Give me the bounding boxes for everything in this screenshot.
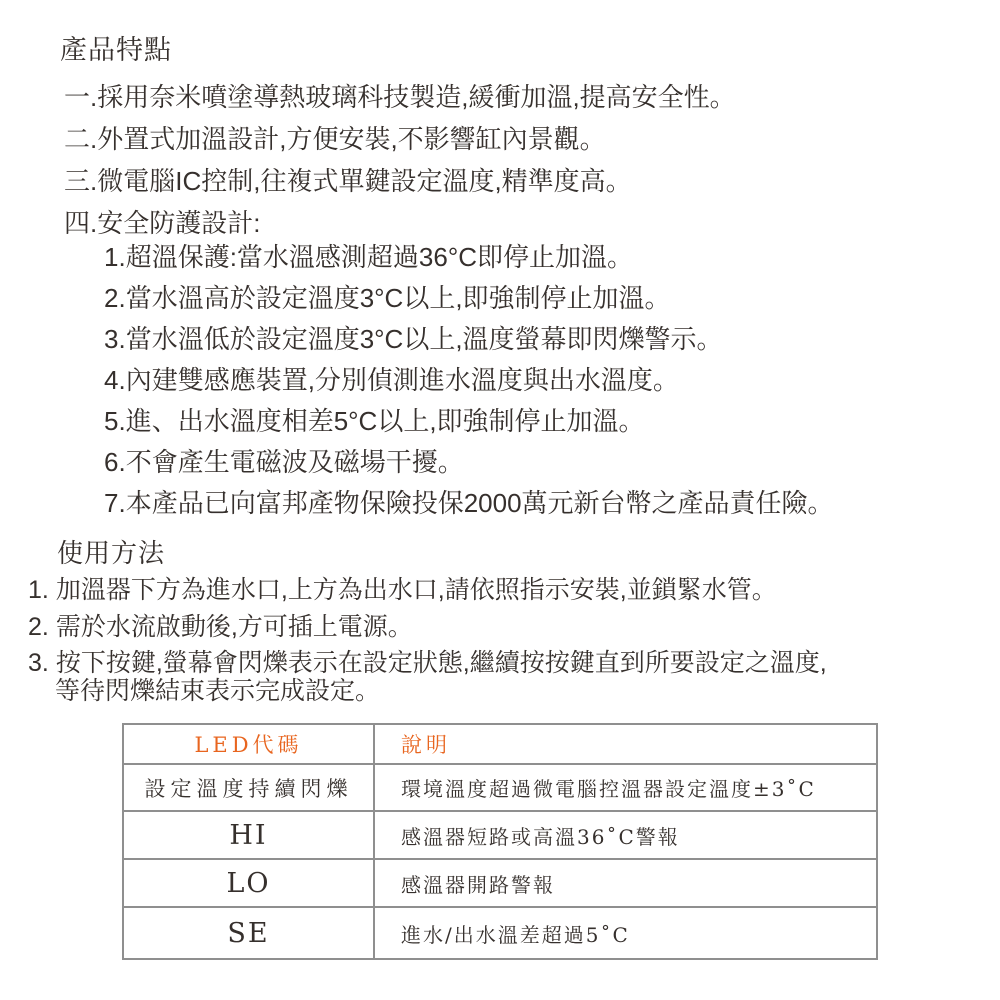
usage-section-title: 使用方法 <box>57 533 165 570</box>
safety-item-number: 6. <box>104 447 126 477</box>
table-row: SE 進水/出水溫差超過5˚C <box>123 907 877 959</box>
safety-item-text: 進、出水溫度相差5°C以上,即強制停止加溫。 <box>126 406 645 436</box>
led-code-table: LED代碼 說明 設定溫度持續閃爍 環境溫度超過微電腦控溫器設定溫度±3˚C H… <box>122 723 878 960</box>
feature-item-2: 二.外置式加溫設計,方便安裝,不影響缸內景觀。 <box>64 118 736 160</box>
led-table-header-desc: 說明 <box>374 724 877 764</box>
safety-item-number: 1. <box>104 242 126 272</box>
safety-item-number: 5. <box>104 406 126 436</box>
safety-item-text: 內建雙感應裝置,分別偵測進水溫度與出水溫度。 <box>126 365 679 395</box>
feature-item-number: 二. <box>64 124 97 154</box>
feature-item-3: 三.微電腦IC控制,往複式單鍵設定溫度,精準度高。 <box>64 160 736 202</box>
feature-item-text: 安全防護設計: <box>97 208 260 238</box>
led-desc-cell: 感溫器開路警報 <box>374 859 877 907</box>
feature-item-number: 三. <box>64 166 97 196</box>
led-desc-cell: 感溫器短路或高溫36˚C警報 <box>374 811 877 859</box>
usage-item-1: 1.加溫器下方為進水口,上方為出水口,請依照指示安裝,並鎖緊水管。 <box>28 570 777 606</box>
safety-sublist: 1.超溫保護:當水溫感測超過36°C即停止加溫。 2.當水溫高於設定溫度3°C以… <box>104 237 834 524</box>
led-desc-cell: 環境溫度超過微電腦控溫器設定溫度±3˚C <box>374 764 877 811</box>
usage-item-2: 2.需於水流啟動後,方可插上電源。 <box>28 607 413 643</box>
safety-item-7: 7.本產品已向富邦產物保險投保2000萬元新台幣之產品責任險。 <box>104 483 834 524</box>
led-table-header-code: LED代碼 <box>123 724 374 764</box>
feature-item-number: 一. <box>64 82 97 112</box>
safety-item-number: 4. <box>104 365 126 395</box>
feature-list: 一.採用奈米噴塗導熱玻璃科技製造,緩衝加溫,提高安全性。 二.外置式加溫設計,方… <box>64 76 736 244</box>
safety-item-3: 3.當水溫低於設定溫度3°C以上,溫度螢幕即閃爍警示。 <box>104 319 834 360</box>
safety-item-1: 1.超溫保護:當水溫感測超過36°C即停止加溫。 <box>104 237 834 278</box>
led-desc-cell: 進水/出水溫差超過5˚C <box>374 907 877 959</box>
table-row: LO 感溫器開路警報 <box>123 859 877 907</box>
feature-item-1: 一.採用奈米噴塗導熱玻璃科技製造,緩衝加溫,提高安全性。 <box>64 76 736 118</box>
table-row: HI 感溫器短路或高溫36˚C警報 <box>123 811 877 859</box>
safety-item-6: 6.不會產生電磁波及磁場干擾。 <box>104 442 834 483</box>
usage-item-3-continued: 等待閃爍結束表示完成設定。 <box>55 671 380 707</box>
features-section-title: 產品特點 <box>60 28 172 67</box>
safety-item-4: 4.內建雙感應裝置,分別偵測進水溫度與出水溫度。 <box>104 360 834 401</box>
safety-item-number: 7. <box>104 488 126 518</box>
usage-item-number: 3. <box>28 649 49 677</box>
usage-item-text: 加溫器下方為進水口,上方為出水口,請依照指示安裝,並鎖緊水管。 <box>56 576 777 604</box>
safety-item-text: 當水溫低於設定溫度3°C以上,溫度螢幕即閃爍警示。 <box>126 324 723 354</box>
safety-item-text: 本產品已向富邦產物保險投保2000萬元新台幣之產品責任險。 <box>126 488 834 518</box>
feature-item-text: 微電腦IC控制,往複式單鍵設定溫度,精準度高。 <box>97 166 631 196</box>
safety-item-number: 3. <box>104 324 126 354</box>
led-code-cell: 設定溫度持續閃爍 <box>123 764 374 811</box>
led-code-cell: SE <box>123 907 374 959</box>
safety-item-2: 2.當水溫高於設定溫度3°C以上,即強制停止加溫。 <box>104 278 834 319</box>
led-table-header-row: LED代碼 說明 <box>123 724 877 764</box>
usage-item-text: 需於水流啟動後,方可插上電源。 <box>56 613 413 641</box>
safety-item-number: 2. <box>104 283 126 313</box>
safety-item-text: 不會產生電磁波及磁場干擾。 <box>126 447 464 477</box>
led-code-cell: LO <box>123 859 374 907</box>
feature-item-number: 四. <box>64 208 97 238</box>
usage-item-number: 1. <box>28 576 49 604</box>
safety-item-text: 超溫保護:當水溫感測超過36°C即停止加溫。 <box>126 242 633 272</box>
safety-item-text: 當水溫高於設定溫度3°C以上,即強制停止加溫。 <box>126 283 671 313</box>
table-row: 設定溫度持續閃爍 環境溫度超過微電腦控溫器設定溫度±3˚C <box>123 764 877 811</box>
document-page: 產品特點 一.採用奈米噴塗導熱玻璃科技製造,緩衝加溫,提高安全性。 二.外置式加… <box>0 0 1000 1000</box>
usage-item-number: 2. <box>28 613 49 641</box>
feature-item-text: 外置式加溫設計,方便安裝,不影響缸內景觀。 <box>97 124 605 154</box>
safety-item-5: 5.進、出水溫度相差5°C以上,即強制停止加溫。 <box>104 401 834 442</box>
feature-item-text: 採用奈米噴塗導熱玻璃科技製造,緩衝加溫,提高安全性。 <box>97 82 735 112</box>
led-code-cell: HI <box>123 811 374 859</box>
